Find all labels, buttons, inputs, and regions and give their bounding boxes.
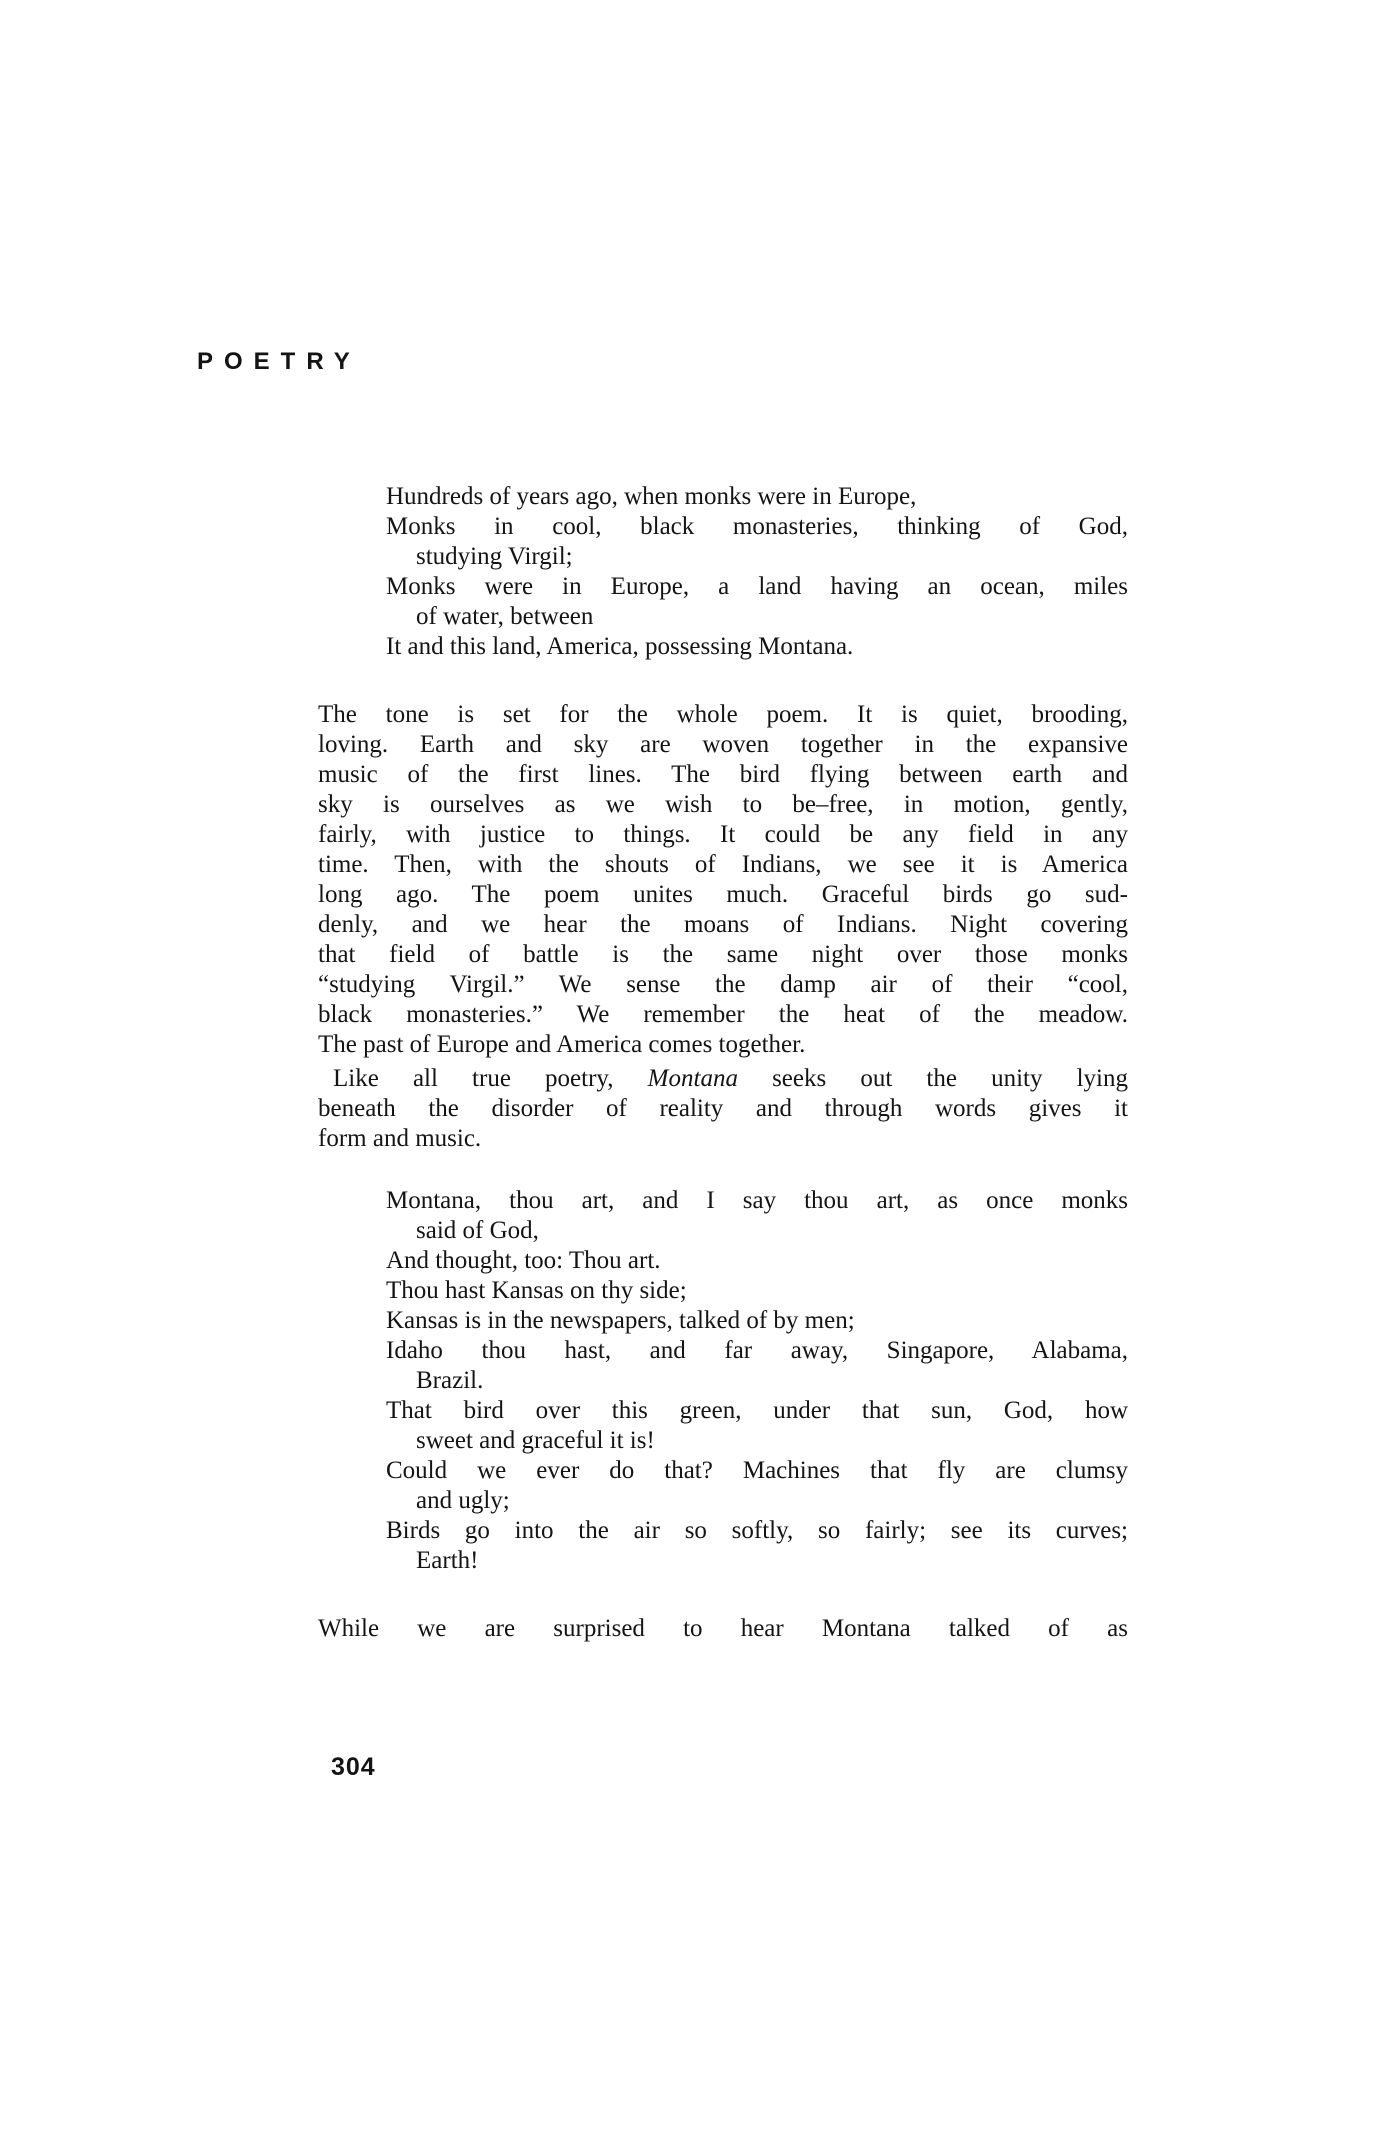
prose-line: that field of battle is the same night o… [318, 940, 1128, 970]
text-column: Hundreds of years ago, when monks were i… [318, 482, 1128, 1644]
prose-line: While we are surprised to hear Montana t… [318, 1614, 1128, 1644]
prose-line: long ago. The poem unites much. Graceful… [318, 880, 1128, 910]
verse-line: said of God, [386, 1216, 1128, 1246]
verse-line: It and this land, America, possessing Mo… [386, 632, 1128, 662]
verse-line: and ugly; [386, 1486, 1128, 1516]
prose-line: time. Then, with the shouts of Indians, … [318, 850, 1128, 880]
verse-quote-1: Hundreds of years ago, when monks were i… [386, 482, 1128, 662]
prose-line: form and music. [318, 1124, 1128, 1154]
verse-line: Kansas is in the newspapers, talked of b… [386, 1306, 1128, 1336]
prose-line: music of the first lines. The bird flyin… [318, 760, 1128, 790]
verse-line: Idaho thou hast, and far away, Singapore… [386, 1336, 1128, 1366]
page-number: 304 [331, 1755, 376, 1780]
verse-quote-2: Montana, thou art, and I say thou art, a… [386, 1186, 1128, 1576]
verse-line: studying Virgil; [386, 542, 1128, 572]
verse-line: Could we ever do that? Machines that fly… [386, 1456, 1128, 1486]
prose-line: beneath the disorder of reality and thro… [318, 1094, 1128, 1124]
verse-line: Brazil. [386, 1366, 1128, 1396]
verse-line: Monks were in Europe, a land having an o… [386, 572, 1128, 602]
verse-line: Thou hast Kansas on thy side; [386, 1276, 1128, 1306]
prose-line: “studying Virgil.” We sense the damp air… [318, 970, 1128, 1000]
commentary-paragraph-3: While we are surprised to hear Montana t… [318, 1614, 1128, 1644]
prose-line: The tone is set for the whole poem. It i… [318, 700, 1128, 730]
text-segment: Like all true poetry, [333, 1065, 648, 1092]
verse-line: sweet and graceful it is! [386, 1426, 1128, 1456]
prose-line: Like all true poetry, Montana seeks out … [318, 1064, 1128, 1094]
prose-line: denly, and we hear the moans of Indians.… [318, 910, 1128, 940]
verse-line: Hundreds of years ago, when monks were i… [386, 482, 1128, 512]
verse-line: Monks in cool, black monasteries, thinki… [386, 512, 1128, 542]
verse-line: of water, between [386, 602, 1128, 632]
prose-line: The past of Europe and America comes tog… [318, 1030, 1128, 1060]
prose-line: fairly, with justice to things. It could… [318, 820, 1128, 850]
book-page: POETRY Hundreds of years ago, when monks… [0, 0, 1400, 2154]
prose-line: black monasteries.” We remember the heat… [318, 1000, 1128, 1030]
verse-line: And thought, too: Thou art. [386, 1246, 1128, 1276]
verse-line: Earth! [386, 1546, 1128, 1576]
commentary-paragraph-2: Like all true poetry, Montana seeks out … [318, 1064, 1128, 1154]
text-segment: seeks out the unity lying [738, 1065, 1128, 1092]
italic-title: Montana [648, 1065, 738, 1092]
prose-line: loving. Earth and sky are woven together… [318, 730, 1128, 760]
verse-line: Birds go into the air so softly, so fair… [386, 1516, 1128, 1546]
running-head: POETRY [197, 350, 361, 374]
commentary-paragraph-1: The tone is set for the whole poem. It i… [318, 700, 1128, 1060]
verse-line: Montana, thou art, and I say thou art, a… [386, 1186, 1128, 1216]
verse-line: That bird over this green, under that su… [386, 1396, 1128, 1426]
prose-line: sky is ourselves as we wish to be–free, … [318, 790, 1128, 820]
